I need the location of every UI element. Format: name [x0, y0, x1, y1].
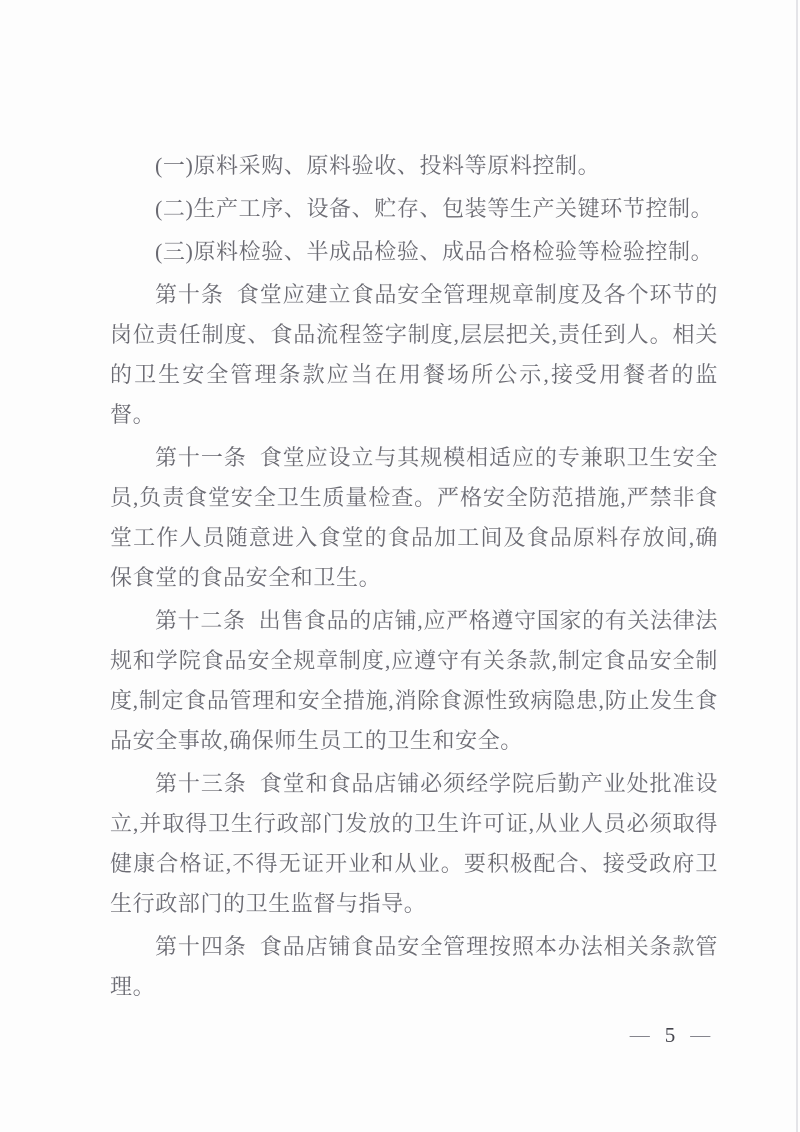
page-number-dash-left: — [630, 1022, 650, 1048]
scanned-document-page: (一)原料采购、原料验收、投料等原料控制。 (二)生产工序、设备、贮存、包装等生… [0, 0, 800, 1132]
article-term: 第十四条 [155, 934, 247, 959]
page-number-dash-right: — [690, 1022, 710, 1048]
document-body: (一)原料采购、原料验收、投料等原料控制。 (二)生产工序、设备、贮存、包装等生… [110, 146, 718, 1010]
article-term: 第十一条 [155, 445, 247, 470]
article-term: 第十条 [155, 282, 224, 307]
list-item-text: (三)原料检验、半成品检验、成品合格检验等检验控制。 [155, 239, 713, 264]
list-item-text: (一)原料采购、原料验收、投料等原料控制。 [155, 153, 600, 178]
article-paragraph: 第十四条食品店铺食品安全管理按照本办法相关条款管理。 [110, 927, 718, 1007]
article-paragraph: 第十一条食堂应设立与其规模相适应的专兼职卫生安全员,负责食堂安全卫生质量检查。严… [110, 438, 718, 598]
list-item: (二)生产工序、设备、贮存、包装等生产关键环节控制。 [110, 189, 718, 229]
scan-edge-line [796, 0, 798, 1132]
article-term: 第十二条 [155, 608, 246, 633]
article-paragraph: 第十条食堂应建立食品安全管理规章制度及各个环节的岗位责任制度、食品流程签字制度,… [110, 275, 718, 435]
article-term: 第十三条 [155, 771, 247, 796]
article-paragraph: 第十二条出售食品的店铺,应严格遵守国家的有关法律法规和学院食品安全规章制度,应遵… [110, 601, 718, 761]
list-item-text: (二)生产工序、设备、贮存、包装等生产关键环节控制。 [155, 196, 713, 221]
list-item: (三)原料检验、半成品检验、成品合格检验等检验控制。 [110, 232, 718, 272]
list-item: (一)原料采购、原料验收、投料等原料控制。 [110, 146, 718, 186]
page-number-value: 5 [665, 1022, 676, 1048]
article-paragraph: 第十三条食堂和食品店铺必须经学院后勤产业处批准设立,并取得卫生行政部门发放的卫生… [110, 764, 718, 924]
page-number: — 5 — [600, 1022, 740, 1048]
